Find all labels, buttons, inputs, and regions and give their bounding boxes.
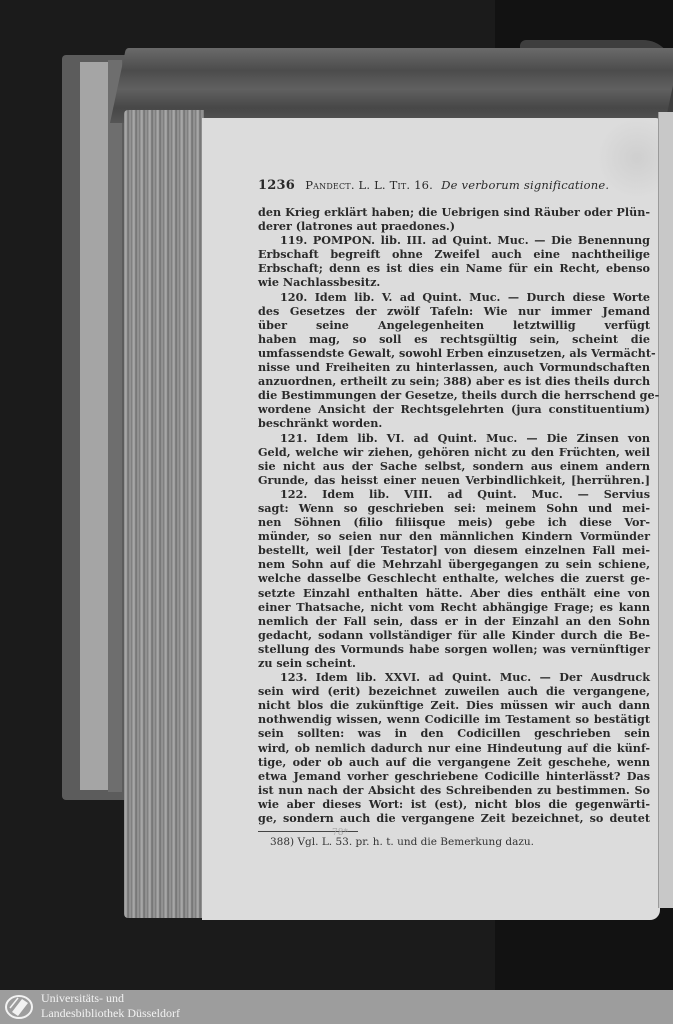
text-line: gedacht, sodann vollständiger für alle K… [258,628,650,642]
text-line: 119. POMPON. lib. III. ad Quint. Muc. — … [258,233,650,247]
text-line: wie Nachlassbesitz. [258,275,650,289]
text-line: nicht blos die zukünftige Zeit. Dies müs… [258,698,650,712]
text-line: Grunde, das heisst einer neuen Verbindli… [258,473,650,487]
text-line: den Krieg erklärt haben; die Uebrigen si… [258,205,650,219]
text-line: bestellt, weil [der Testator] von diesem… [258,543,650,557]
signature-mark: 78* [332,828,348,838]
facing-page-edge [658,112,673,908]
page-text: 1236 Pandect. L. L. Tit. 16. De verborum… [258,178,650,848]
text-line: 120. Idem lib. V. ad Quint. Muc. — Durch… [258,290,650,304]
text-line: nem Sohn auf die Mehrzahl übergegangen z… [258,557,650,571]
text-line: ge, sondern auch die vergangene Zeit bez… [258,811,650,825]
book-logo-icon [4,994,34,1020]
text-line: sein wird (erit) bezeichnet zuweilen auc… [258,684,650,698]
text-line: nothwendig wissen, wenn Codicille im Tes… [258,712,650,726]
text-line: etwa Jemand vorher geschriebene Codicill… [258,769,650,783]
library-name: Universitäts- und Landesbibliothek Düsse… [41,991,180,1021]
body-text: den Krieg erklärt haben; die Uebrigen si… [258,205,650,825]
text-line: 121. Idem lib. VI. ad Quint. Muc. — Die … [258,431,650,445]
library-name-line1: Universitäts- und [41,991,180,1006]
library-name-line2: Landesbibliothek Düsseldorf [41,1006,180,1021]
text-line: 123. Idem lib. XXVI. ad Quint. Muc. — De… [258,670,650,684]
text-line: zu sein scheint. [258,656,650,670]
library-footer-banner: Universitäts- und Landesbibliothek Düsse… [0,990,673,1024]
text-line: nen Söhnen (filio filiisque meis) gebe i… [258,515,650,529]
text-line: wird, ob nemlich dadurch nur eine Hindeu… [258,741,650,755]
text-line: umfassendste Gewalt, sowohl Erben einzus… [258,346,650,360]
book-cover-edge [80,62,108,790]
text-line: stellung des Vormunds habe sorgen wollen… [258,642,650,656]
footnote: 388) Vgl. L. 53. pr. h. t. und die Bemer… [258,836,650,848]
text-line: Erbschaft begreift ohne Zweifel auch ein… [258,247,650,261]
text-line: derer (latrones aut praedones.) [258,219,650,233]
text-line: über seine Angelegenheiten letztwillig v… [258,318,650,332]
text-line: die Bestimmungen der Gesetze, theils dur… [258,388,650,402]
book-cover-strip [108,60,122,792]
page-fore-edges [124,110,204,918]
text-line: ist nun nach der Absicht des Schreibende… [258,783,650,797]
text-line: wordene Ansicht der Rechtsgelehrten (jur… [258,402,650,416]
text-line: setzte Einzahl enthalten hätte. Aber die… [258,586,650,600]
text-line: haben mag, so soll es rechtsgültig sein,… [258,332,650,346]
text-line: welche dasselbe Geschlecht enthalte, wel… [258,571,650,585]
text-line: beschränkt worden. [258,416,650,430]
text-line: anzuordnen, ertheilt zu sein; 388) aber … [258,374,650,388]
text-line: nemlich der Fall sein, dass er in der Ei… [258,614,650,628]
text-line: Erbschaft; denn es ist dies ein Name für… [258,261,650,275]
text-line: tige, oder ob auch auf die vergangene Ze… [258,755,650,769]
running-head: 1236 Pandect. L. L. Tit. 16. De verborum… [258,178,650,193]
text-line: sagt: Wenn so geschrieben sei: meinem So… [258,501,650,515]
text-line: wie aber dieses Wort: ist (est), nicht b… [258,797,650,811]
chapter-title: De verborum significatione. [441,178,609,192]
text-line: 122. Idem lib. VIII. ad Quint. Muc. — Se… [258,487,650,501]
section-reference: Pandect. L. L. Tit. 16. [305,178,433,192]
text-line: des Gesetzes der zwölf Tafeln: Wie nur i… [258,304,650,318]
text-line: nisse und Freiheiten zu hinterlassen, au… [258,360,650,374]
text-line: sein sollten: was in den Codicillen gesc… [258,726,650,740]
text-line: einer Thatsache, nicht vom Recht abhängi… [258,600,650,614]
page-number: 1236 [258,178,295,193]
text-line: sie nicht aus der Sache selbst, sondern … [258,459,650,473]
text-line: münder, so seien nur den männlichen Kind… [258,529,650,543]
text-line: Geld, welche wir ziehen, gehören nicht z… [258,445,650,459]
